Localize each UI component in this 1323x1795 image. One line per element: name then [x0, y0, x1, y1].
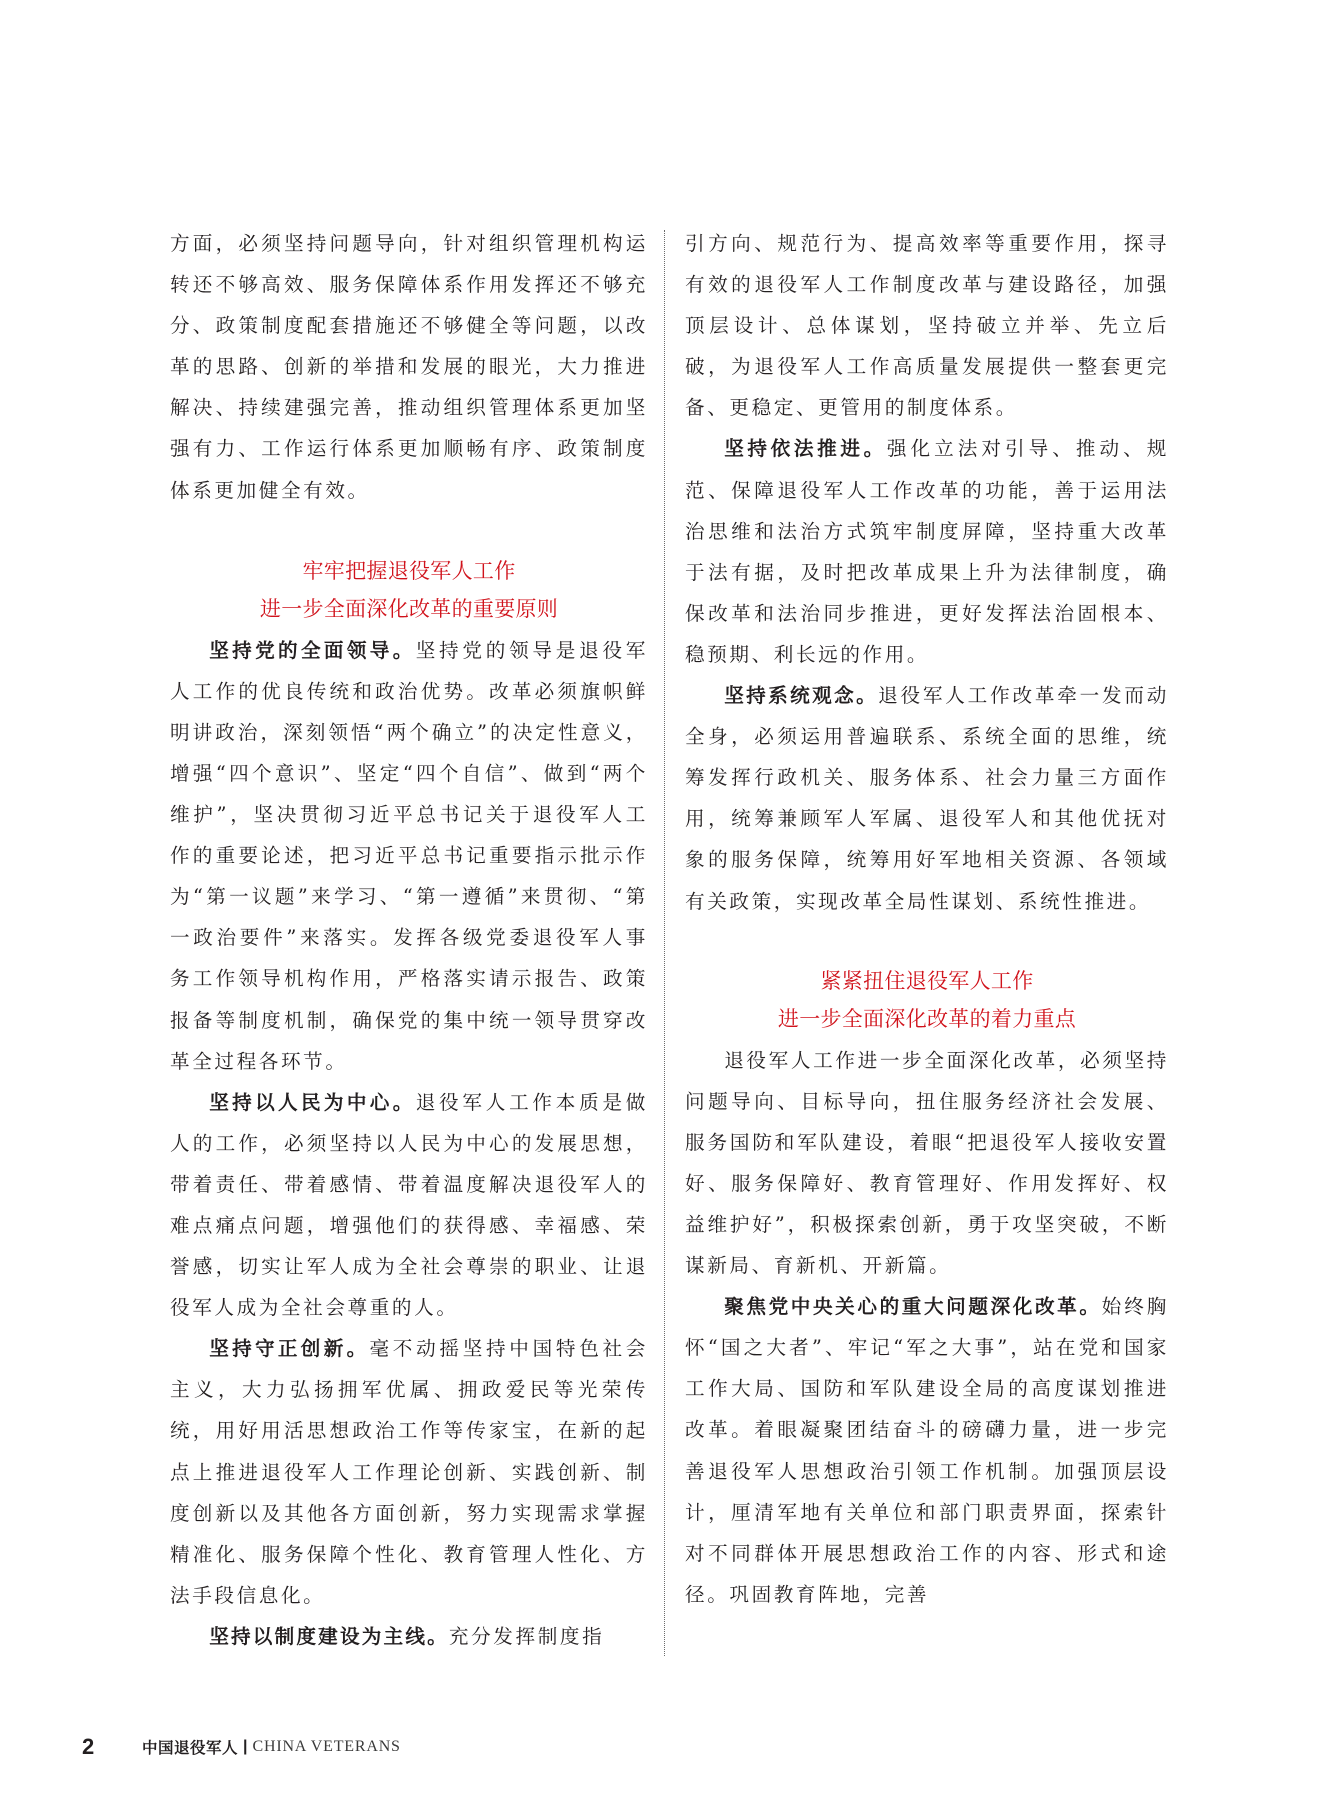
section-heading-line-1: 牢牢把握退役军人工作: [170, 552, 648, 590]
left-column: 方面，必须坚持问题导向，针对组织管理机构运转还不够高效、服务保障体系作用发挥还不…: [170, 223, 648, 1657]
section-heading-focus: 紧紧扭住退役军人工作 进一步全面深化改革的着力重点: [685, 962, 1169, 1038]
principle-lead: 坚持以制度建设为主线。: [209, 1625, 449, 1648]
principle-paragraph: 坚持依法推进。强化立法对引导、推动、规范、保障退役军人工作改革的功能，善于运用法…: [685, 428, 1169, 675]
magazine-name-cn: 中国退役军人: [142, 1736, 238, 1758]
principle-lead: 坚持依法推进。: [724, 437, 887, 460]
right-column: 引方向、规范行为、提高效率等重要作用，探寻有效的退役军人工作制度改革与建设路径，…: [685, 223, 1169, 1615]
principle-paragraph: 坚持以制度建设为主线。充分发挥制度指: [170, 1616, 648, 1657]
principle-lead: 坚持党的全面领导。: [209, 639, 416, 662]
principle-text: 退役军人工作改革牵一发而动全身，必须运用普遍联系、系统全面的思维，统筹发挥行政机…: [685, 684, 1169, 912]
principle-paragraph: 坚持系统观念。退役军人工作改革牵一发而动全身，必须运用普遍联系、系统全面的思维，…: [685, 675, 1169, 922]
body-paragraph: 退役军人工作进一步全面深化改革，必须坚持问题导向、目标导向，扭住服务经济社会发展…: [685, 1040, 1169, 1287]
section-heading-line-1: 紧紧扭住退役军人工作: [685, 962, 1169, 1000]
principle-paragraph: 坚持以人民为中心。退役军人工作本质是做人的工作，必须坚持以人民为中心的发展思想，…: [170, 1082, 648, 1329]
focus-text: 始终胸怀“国之大者”、牢记“军之大事”，站在党和国家工作大局、国防和军队建设全局…: [685, 1295, 1169, 1606]
focus-paragraph: 聚焦党中央关心的重大问题深化改革。始终胸怀“国之大者”、牢记“军之大事”，站在党…: [685, 1286, 1169, 1615]
principle-text: 强化立法对引导、推动、规范、保障退役军人工作改革的功能，善于运用法治思维和法治方…: [685, 437, 1169, 665]
section-heading-line-2: 进一步全面深化改革的重要原则: [170, 590, 648, 628]
principle-text: 毫不动摇坚持中国特色社会主义，大力弘扬拥军优属、拥政爱民等光荣传统，用好用活思想…: [170, 1337, 648, 1607]
principle-lead: 坚持系统观念。: [724, 684, 878, 707]
principle-paragraph: 坚持守正创新。毫不动摇坚持中国特色社会主义，大力弘扬拥军优属、拥政爱民等光荣传统…: [170, 1328, 648, 1616]
principle-text: 充分发挥制度指: [449, 1625, 604, 1648]
body-paragraph: 引方向、规范行为、提高效率等重要作用，探寻有效的退役军人工作制度改革与建设路径，…: [685, 223, 1169, 428]
principle-text: 退役军人工作本质是做人的工作，必须坚持以人民为中心的发展思想，带着责任、带着感情…: [170, 1091, 648, 1319]
body-paragraph: 方面，必须坚持问题导向，针对组织管理机构运转还不够高效、服务保障体系作用发挥还不…: [170, 223, 648, 511]
column-divider: [664, 230, 665, 1656]
principle-paragraph: 坚持党的全面领导。坚持党的领导是退役军人工作的优良传统和政治优势。改革必须旗帜鲜…: [170, 630, 648, 1082]
principle-text: 坚持党的领导是退役军人工作的优良传统和政治优势。改革必须旗帜鲜明讲政治，深刻领悟…: [170, 639, 648, 1073]
principle-lead: 坚持以人民为中心。: [209, 1091, 416, 1114]
footer-separator: |: [243, 1738, 247, 1756]
section-heading-line-2: 进一步全面深化改革的着力重点: [685, 1000, 1169, 1038]
focus-lead: 聚焦党中央关心的重大问题深化改革。: [724, 1295, 1101, 1318]
page-footer: 2 中国退役军人 | CHINA VETERANS: [82, 1734, 401, 1760]
principle-lead: 坚持守正创新。: [209, 1337, 369, 1360]
magazine-name-en: CHINA VETERANS: [253, 1738, 401, 1756]
page-number: 2: [82, 1734, 142, 1760]
section-heading-principles: 牢牢把握退役军人工作 进一步全面深化改革的重要原则: [170, 552, 648, 628]
